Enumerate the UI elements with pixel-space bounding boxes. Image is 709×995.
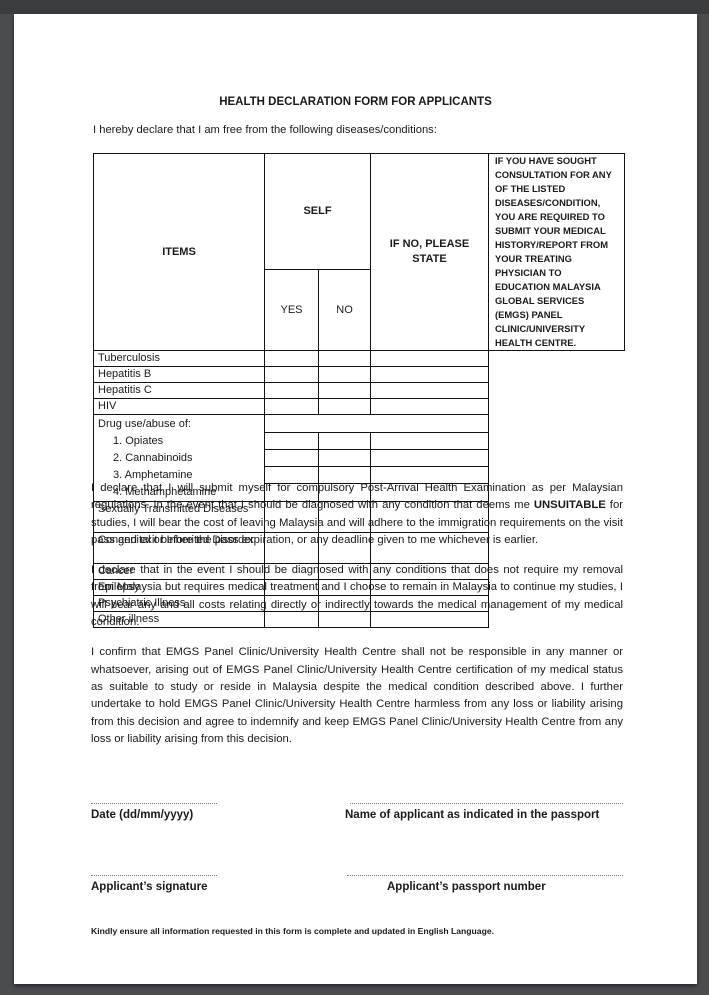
state-cell[interactable]	[371, 383, 489, 399]
table-row: Hepatitis B	[94, 367, 625, 383]
table-row: Drug use/abuse of:1. Opiates2. Cannabino…	[94, 415, 625, 433]
table-row: HIV	[94, 399, 625, 415]
yes-cell[interactable]	[265, 433, 319, 450]
no-cell[interactable]	[319, 450, 371, 467]
table-row: Tuberculosis	[94, 351, 625, 367]
intro-text: I hereby declare that I am free from the…	[93, 124, 437, 136]
viewer-frame	[0, 0, 709, 14]
paragraph-1: I declare that I will submit myself for …	[91, 480, 623, 549]
state-cell[interactable]	[371, 450, 489, 467]
yes-cell[interactable]	[265, 450, 319, 467]
header-no: NO	[319, 269, 371, 350]
name-line[interactable]	[350, 803, 623, 804]
date-line[interactable]	[91, 803, 217, 804]
drug-heading: Drug use/abuse of:	[98, 416, 260, 433]
item-label: Tuberculosis	[94, 351, 265, 367]
no-cell[interactable]	[319, 383, 371, 399]
paragraph-3: I confirm that EMGS Panel Clinic/Univers…	[91, 644, 623, 748]
signature-line[interactable]	[91, 875, 217, 876]
state-cell[interactable]	[371, 399, 489, 415]
item-label: HIV	[94, 399, 265, 415]
passport-line[interactable]	[347, 875, 623, 876]
item-label: Hepatitis B	[94, 367, 265, 383]
no-cell[interactable]	[319, 399, 371, 415]
drug-heading-blank	[265, 415, 489, 433]
yes-cell[interactable]	[265, 367, 319, 383]
document-page: HEALTH DECLARATION FORM FOR APPLICANTS I…	[14, 14, 697, 984]
state-cell[interactable]	[371, 351, 489, 367]
yes-cell[interactable]	[265, 399, 319, 415]
no-cell[interactable]	[319, 351, 371, 367]
item-label: Hepatitis C	[94, 383, 265, 399]
paragraph-2: I declare that in the event I should be …	[91, 562, 623, 631]
state-cell[interactable]	[371, 433, 489, 450]
header-items: ITEMS	[94, 154, 265, 351]
date-label: Date (dd/mm/yyyy)	[91, 809, 193, 821]
drug-item: 2. Cannabinoids	[98, 450, 260, 467]
header-self: SELF	[265, 154, 371, 270]
header-if-no: IF NO, PLEASE STATE	[371, 154, 489, 351]
name-label: Name of applicant as indicated in the pa…	[345, 809, 599, 821]
signature-label: Applicant’s signature	[91, 881, 208, 893]
form-title: HEALTH DECLARATION FORM FOR APPLICANTS	[14, 96, 697, 108]
table-row: Hepatitis C	[94, 383, 625, 399]
state-cell[interactable]	[371, 367, 489, 383]
footnote: Kindly ensure all information requested …	[91, 926, 494, 936]
yes-cell[interactable]	[265, 383, 319, 399]
unsuitable-emphasis: UNSUITABLE	[534, 499, 606, 511]
declaration-paragraphs: I declare that I will submit myself for …	[91, 480, 623, 761]
passport-label: Applicant’s passport number	[387, 881, 546, 893]
yes-cell[interactable]	[265, 351, 319, 367]
drug-item: 1. Opiates	[98, 433, 260, 450]
consultation-note: IF YOU HAVE SOUGHT CONSULTATION FOR ANY …	[489, 154, 625, 351]
no-cell[interactable]	[319, 433, 371, 450]
header-yes: YES	[265, 269, 319, 350]
no-cell[interactable]	[319, 367, 371, 383]
